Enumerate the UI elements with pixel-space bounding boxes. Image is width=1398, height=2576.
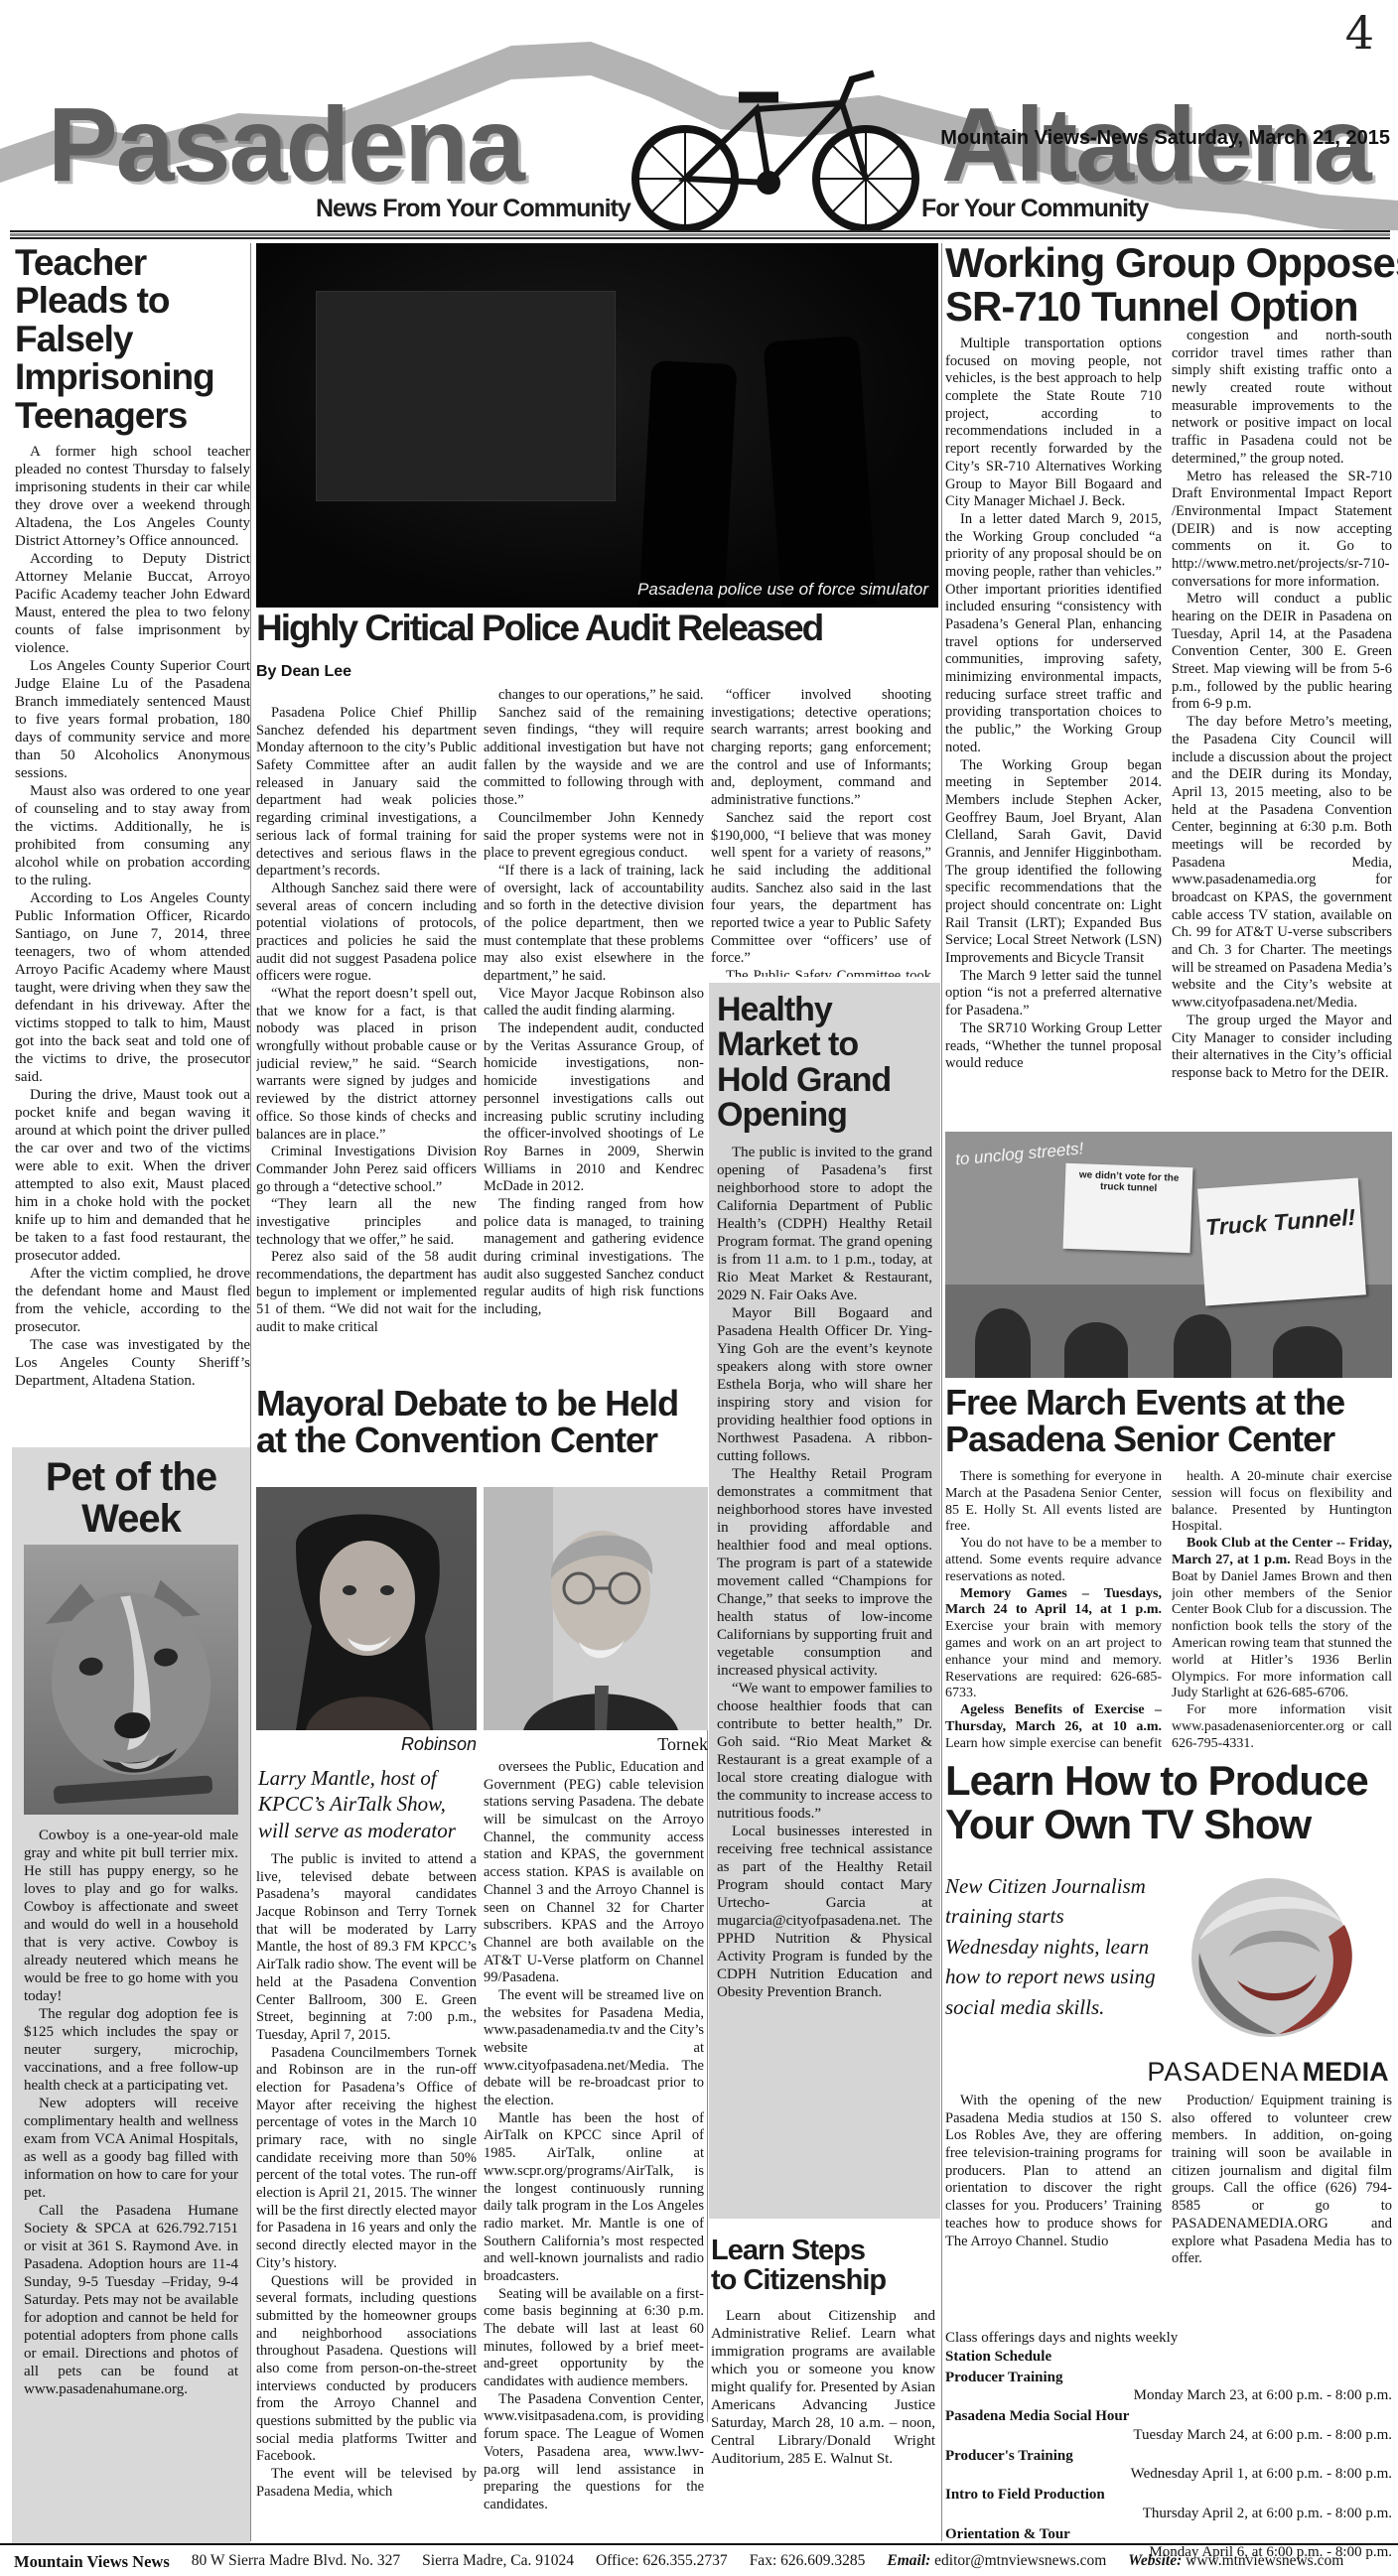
paragraph: Metro has released the SR-710 Draft Envi… [1172,469,1392,592]
teacher-headline: TeacherPleads toFalselyImprisoningTeenag… [15,244,250,435]
footer-email: editor@mtnviewsnews.com [934,2552,1106,2569]
paragraph: “We want to empower families to choose h… [717,1680,932,1823]
police-col-2: changes to our operations,” he said.Sanc… [484,687,704,1378]
masthead-word-pasadena: Pasadena [48,85,523,205]
protest-small-sign: we didn’t vote for the truck tunnel [1063,1163,1193,1253]
paragraph: Multiple transportation options focused … [945,336,1162,511]
paragraph: Local businesses interested in receiving… [717,1823,932,2001]
debate-col-1: The public is invited to attend a live, … [256,1851,477,2541]
paragraph: Pasadena Councilmembers Tornek and Robin… [256,2045,477,2273]
paragraph: The SR710 Working Group Letter reads, “W… [945,1020,1162,1073]
station-schedule: Class offerings days and nights weekly S… [945,2329,1392,2562]
paragraph: changes to our operations,” he said. [484,687,704,705]
sr710-col-1: Multiple transportation options focused … [945,336,1162,1127]
paragraph: oversees the Public, Education and Gover… [484,1759,704,1987]
schedule-item: Pasadena Media Social Hour Tuesday March… [945,2407,1392,2445]
headline-line: SR-710 Tunnel Option [945,285,1392,329]
paragraph: There is something for everyone in March… [945,1469,1162,1536]
paragraph: Questions will be provided in several fo… [256,2273,477,2467]
event-text: health. A 20-minute chair exercise sessi… [1172,1469,1392,1534]
simulator-screen [316,291,616,501]
paragraph: According to Los Angeles County Public I… [15,889,250,1086]
debate-headline: Mayoral Debate to be Heldat the Conventi… [256,1385,708,1459]
class-time: Monday March 23, at 6:00 p.m. - 8:00 p.m… [945,2386,1392,2405]
schedule-items: Producer Training Monday March 23, at 6:… [945,2369,1392,2563]
debate-col-2: oversees the Public, Education and Gover… [484,1759,704,2541]
event-text: Exercise your brain with memory games an… [945,1619,1162,1700]
byline: By Dean Lee [256,663,351,681]
paragraph: During the drive, Maust took out a pocke… [15,1086,250,1265]
pasadena-media-wordmark: PASADENA MEDIA [1144,2057,1392,2088]
event-text: There is something for everyone in March… [945,1469,1162,1534]
paragraph: Ageless Benefits of Exercise – Thursday,… [945,1702,1162,1751]
headline-line: at the Convention Center [256,1422,708,1458]
senior-col-1: There is something for everyone in March… [945,1469,1162,1751]
paragraph: Metro will conduct a public hearing on t… [1172,591,1392,714]
headline-line: Opening [717,1098,933,1133]
pet-headline: Pet of theWeek [12,1457,250,1540]
paragraph: The Working Group began meeting in Septe… [945,757,1162,968]
footer-brand: Mountain Views News [14,2552,170,2572]
class-name: Producer Training [945,2369,1392,2387]
photo-caption: Pasadena police use of force simulator [637,580,928,600]
paragraph: Call the Pasadena Humane Society & SPCA … [24,2202,238,2398]
footer-website-label: Website: [1128,2552,1182,2569]
paragraph: Councilmember John Kennedy said the prop… [484,810,704,863]
protest-big-sign: Truck Tunnel! [1197,1177,1366,1305]
paragraph: Sanchez said the report cost $190,000, “… [711,810,931,968]
tv-show-intro: New Citizen Journalism training starts W… [945,1871,1159,2022]
paragraph: The public is invited to the grand openi… [717,1144,932,1304]
headline-line: Teenagers [15,397,250,435]
paragraph: Pasadena Police Chief Phillip Sanchez de… [256,705,477,881]
citizenship-body: Learn about Citizenship and Administrati… [711,2307,935,2537]
protester-silhouette [1174,1314,1231,1378]
paragraph: Vice Mayor Jacque Robinson also called t… [484,986,704,1020]
headline-line: to Citizenship [711,2265,939,2295]
robinson-photo [256,1487,477,1730]
headline-line: Learn How to Produce [945,1759,1392,1803]
footer-fax: Fax: 626.609.3285 [750,2552,866,2572]
event-text: Learn how simple exercise can benefit yo… [945,1736,1162,1751]
footer: Mountain Views News 80 W Sierra Madre Bl… [0,2543,1398,2576]
issue-date-line: Mountain Views-News Saturday, March 21, … [940,127,1390,150]
paragraph: “They learn all the new investigative pr… [256,1196,477,1249]
footer-office: Office: 626.355.2737 [596,2552,728,2572]
healthy-market-body: The public is invited to the grand openi… [717,1144,932,2208]
headline-line: Healthy [717,993,933,1027]
wordmark-media: MEDIA [1303,2057,1389,2087]
tornek-photo [484,1487,708,1730]
headline-line: Falsely [15,321,250,358]
paragraph: Production/ Equipment training is also o… [1172,2093,1392,2268]
paragraph: The Healthy Retail Program demonstrates … [717,1465,932,1680]
headline-line: Pleads to [15,282,250,320]
paragraph: Perez also said of the 58 audit recommen… [256,1249,477,1336]
paragraph: The Pasadena Convention Center, www.visi… [484,2391,704,2514]
headline-line: Pet of the [12,1457,250,1499]
protest-photo: to unclog streets! we didn’t vote for th… [945,1132,1392,1378]
event-text: Read Boys in the Boat by Daniel James Br… [1172,1553,1392,1700]
police-headline: Highly Critical Police Audit Released [256,610,941,647]
paragraph: The group urged the Mayor and City Manag… [1172,1013,1392,1083]
paragraph: Los Angeles County Superior Court Judge … [15,657,250,782]
class-name: Orientation & Tour [945,2525,1392,2544]
pasadena-media-logo [1160,1861,1383,2055]
paragraph: For more information visit www.pasadenas… [1172,1702,1392,1751]
tv-col-1: With the opening of the new Pasadena Med… [945,2093,1162,2323]
paragraph: Sanchez said of the remaining seven find… [484,705,704,810]
paragraph: According to Deputy District Attorney Me… [15,550,250,657]
schedule-item: Producer Training Monday March 23, at 6:… [945,2369,1392,2406]
paragraph: congestion and north-south corridor trav… [1172,328,1392,469]
headline-line: Your Own TV Show [945,1803,1392,1846]
event-text: You do not have to be a member to attend… [945,1536,1162,1584]
paragraph: The independent audit, conducted by the … [484,1020,704,1196]
senior-headline: Free March Events at thePasadena Senior … [945,1384,1392,1458]
paragraph: Mantle has been the host of AirTalk on K… [484,2110,704,2286]
event-lead: Ageless Benefits of Exercise – Thursday,… [945,1702,1162,1734]
tagline-left: News From Your Community [316,195,630,223]
paragraph: health. A 20-minute chair exercise sessi… [1172,1469,1392,1536]
headline-line: Hold Grand [717,1063,933,1098]
headline-line: Free March Events at the [945,1384,1392,1421]
sr710-col-2: congestion and north-south corridor trav… [1172,328,1392,1127]
schedule-preamble: Class offerings days and nights weekly [945,2329,1392,2348]
headline-line: Working Group Opposes [945,241,1392,285]
paragraph: “If there is a lack of training, lack of… [484,863,704,986]
class-time: Wednesday April 1, at 6:00 p.m. - 8:00 p… [945,2465,1392,2484]
schedule-title: Station Schedule [945,2348,1392,2367]
paragraph: The case was investigated by the Los Ang… [15,1336,250,1390]
dog-photo [24,1545,238,1815]
healthy-market-headline: HealthyMarket toHold GrandOpening [717,993,933,1133]
moderator-note: Larry Mantle, host of KPCC’s AirTalk Sho… [258,1765,477,1843]
paragraph: “officer involved shooting investigation… [711,687,931,810]
event-lead: Memory Games – Tuesdays, March 24 to Apr… [945,1586,1162,1618]
paragraph: Cowboy is a one-year-old male gray and w… [24,1827,238,2005]
headline-line: Mayoral Debate to be Held [256,1385,708,1422]
class-name: Intro to Field Production [945,2486,1392,2505]
senior-col-2: health. A 20-minute chair exercise sessi… [1172,1469,1392,1751]
paragraph: The finding ranged from how police data … [484,1196,704,1319]
paragraph: “What the report doesn’t spell out, that… [256,986,477,1144]
paragraph: You do not have to be a member to attend… [945,1536,1162,1585]
masthead: Pasadena Altadena News From Your Communi… [0,0,1398,230]
page-number: 4 [1345,6,1374,60]
bicycle-icon [608,34,941,230]
paragraph: Memory Games – Tuesdays, March 24 to Apr… [945,1586,1162,1703]
police-col-3: “officer involved shooting investigation… [711,687,931,977]
headline-line: Pasadena Senior Center [945,1421,1392,1457]
tagline-right: For Your Community [921,195,1148,223]
column-rule-right [941,243,942,2541]
paragraph: The event will be televised by Pasadena … [256,2466,477,2501]
paragraph: After the victim complied, he drove the … [15,1265,250,1336]
class-time: Tuesday March 24, at 6:00 p.m. - 8:00 p.… [945,2426,1392,2445]
paragraph: In a letter dated March 9, 2015, the Wor… [945,511,1162,757]
teacher-article-body: A former high school teacher pleaded no … [15,443,250,1435]
paragraph: The day before Metro’s meeting, the Pasa… [1172,714,1392,1013]
photo-credit-tornek: Tornek [484,1734,708,1755]
class-name: Pasadena Media Social Hour [945,2407,1392,2426]
photo-credit-robinson: Robinson [256,1734,477,1755]
paragraph: The regular dog adoption fee is $125 whi… [24,2005,238,2095]
protester-silhouette [1064,1322,1128,1378]
wordmark-pasadena: PASADENA [1147,2057,1299,2087]
paragraph: The event will be streamed live on the w… [484,1987,704,2110]
headline-line: Week [12,1499,250,1541]
paragraph: Although Sanchez said there were several… [256,881,477,986]
paragraph: A former high school teacher pleaded no … [15,443,250,550]
headline-line: Imprisoning [15,358,250,396]
protester-silhouette [975,1308,1031,1378]
paragraph: The March 9 letter said the tunnel optio… [945,968,1162,1020]
schedule-item: Intro to Field Production Thursday April… [945,2486,1392,2523]
newspaper-page: { "page": { "number": "4", "issue_line":… [0,0,1398,2576]
police-col-1: Pasadena Police Chief Phillip Sanchez de… [256,705,477,1378]
class-name: Producer's Training [945,2447,1392,2466]
paragraph: Learn about Citizenship and Administrati… [711,2307,935,2468]
paragraph: New adopters will receive complimentary … [24,2095,238,2202]
schedule-item: Producer's Training Wednesday April 1, a… [945,2447,1392,2485]
footer-website: www.mtnviewsnews.com [1186,2552,1343,2569]
paragraph: Book Club at the Center -- Friday, March… [1172,1536,1392,1702]
citizenship-headline: Learn Stepsto Citizenship [711,2236,939,2295]
masthead-rule [10,230,1390,239]
footer-address: 80 W Sierra Madre Blvd. No. 327 [192,2552,400,2572]
footer-city: Sierra Madre, Ca. 91024 [422,2552,574,2572]
officer-silhouette [764,336,878,608]
paragraph: The public is invited to attend a live, … [256,1851,477,2045]
tv-show-headline: Learn How to ProduceYour Own TV Show [945,1759,1392,1845]
footer-email-label: Email: [887,2552,930,2569]
protester-silhouette [1273,1326,1342,1378]
event-text: For more information visit www.pasadenas… [1172,1702,1392,1751]
police-simulator-photo: Pasadena police use of force simulator [256,243,938,608]
column-rule-left [250,243,251,2541]
officer-silhouette [639,360,738,608]
sr710-headline: Working Group OpposesSR-710 Tunnel Optio… [945,241,1392,328]
paragraph: With the opening of the new Pasadena Med… [945,2093,1162,2250]
paragraph: Mayor Bill Bogaard and Pasadena Health O… [717,1304,932,1465]
headline-line: Teacher [15,244,250,282]
paragraph: Maust also was ordered to one year of co… [15,782,250,889]
class-time: Thursday April 2, at 6:00 p.m. - 8:00 p.… [945,2505,1392,2523]
tv-col-2: Production/ Equipment training is also o… [1172,2093,1392,2323]
paragraph: Criminal Investigations Division Command… [256,1144,477,1196]
paragraph: The Public Safety Committee took no acti… [711,968,931,977]
headline-line: Learn Steps [711,2236,939,2265]
paragraph: Seating will be available on a first-com… [484,2286,704,2391]
headline-line: Market to [717,1027,933,1062]
pet-article-body: Cowboy is a one-year-old male gray and w… [24,1827,238,2531]
